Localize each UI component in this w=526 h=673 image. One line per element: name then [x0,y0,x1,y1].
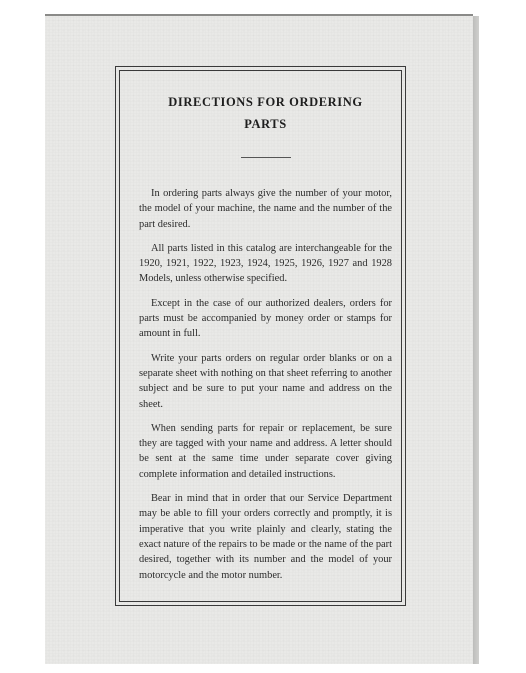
paragraph-interchangeable: All parts listed in this catalog are int… [139,241,392,287]
double-border-frame: DIRECTIONS FOR ORDERING PARTS In orderin… [115,66,406,606]
page-title-line-1: DIRECTIONS FOR ORDERING [139,91,392,113]
paragraph-order-blanks: Write your parts orders on regular order… [139,351,392,412]
title-divider [241,157,291,158]
paragraph-repairs: When sending parts for repair or replace… [139,421,392,482]
frame-content: DIRECTIONS FOR ORDERING PARTS In orderin… [139,91,392,592]
paragraph-ordering: In ordering parts always give the number… [139,186,392,232]
paragraph-payment: Except in the case of our authorized dea… [139,296,392,342]
paragraph-service-department: Bear in mind that in order that our Serv… [139,491,392,583]
page-edge-shadow [473,16,479,664]
page-title-line-2: PARTS [139,113,392,135]
scanned-page: DIRECTIONS FOR ORDERING PARTS In orderin… [45,14,473,664]
